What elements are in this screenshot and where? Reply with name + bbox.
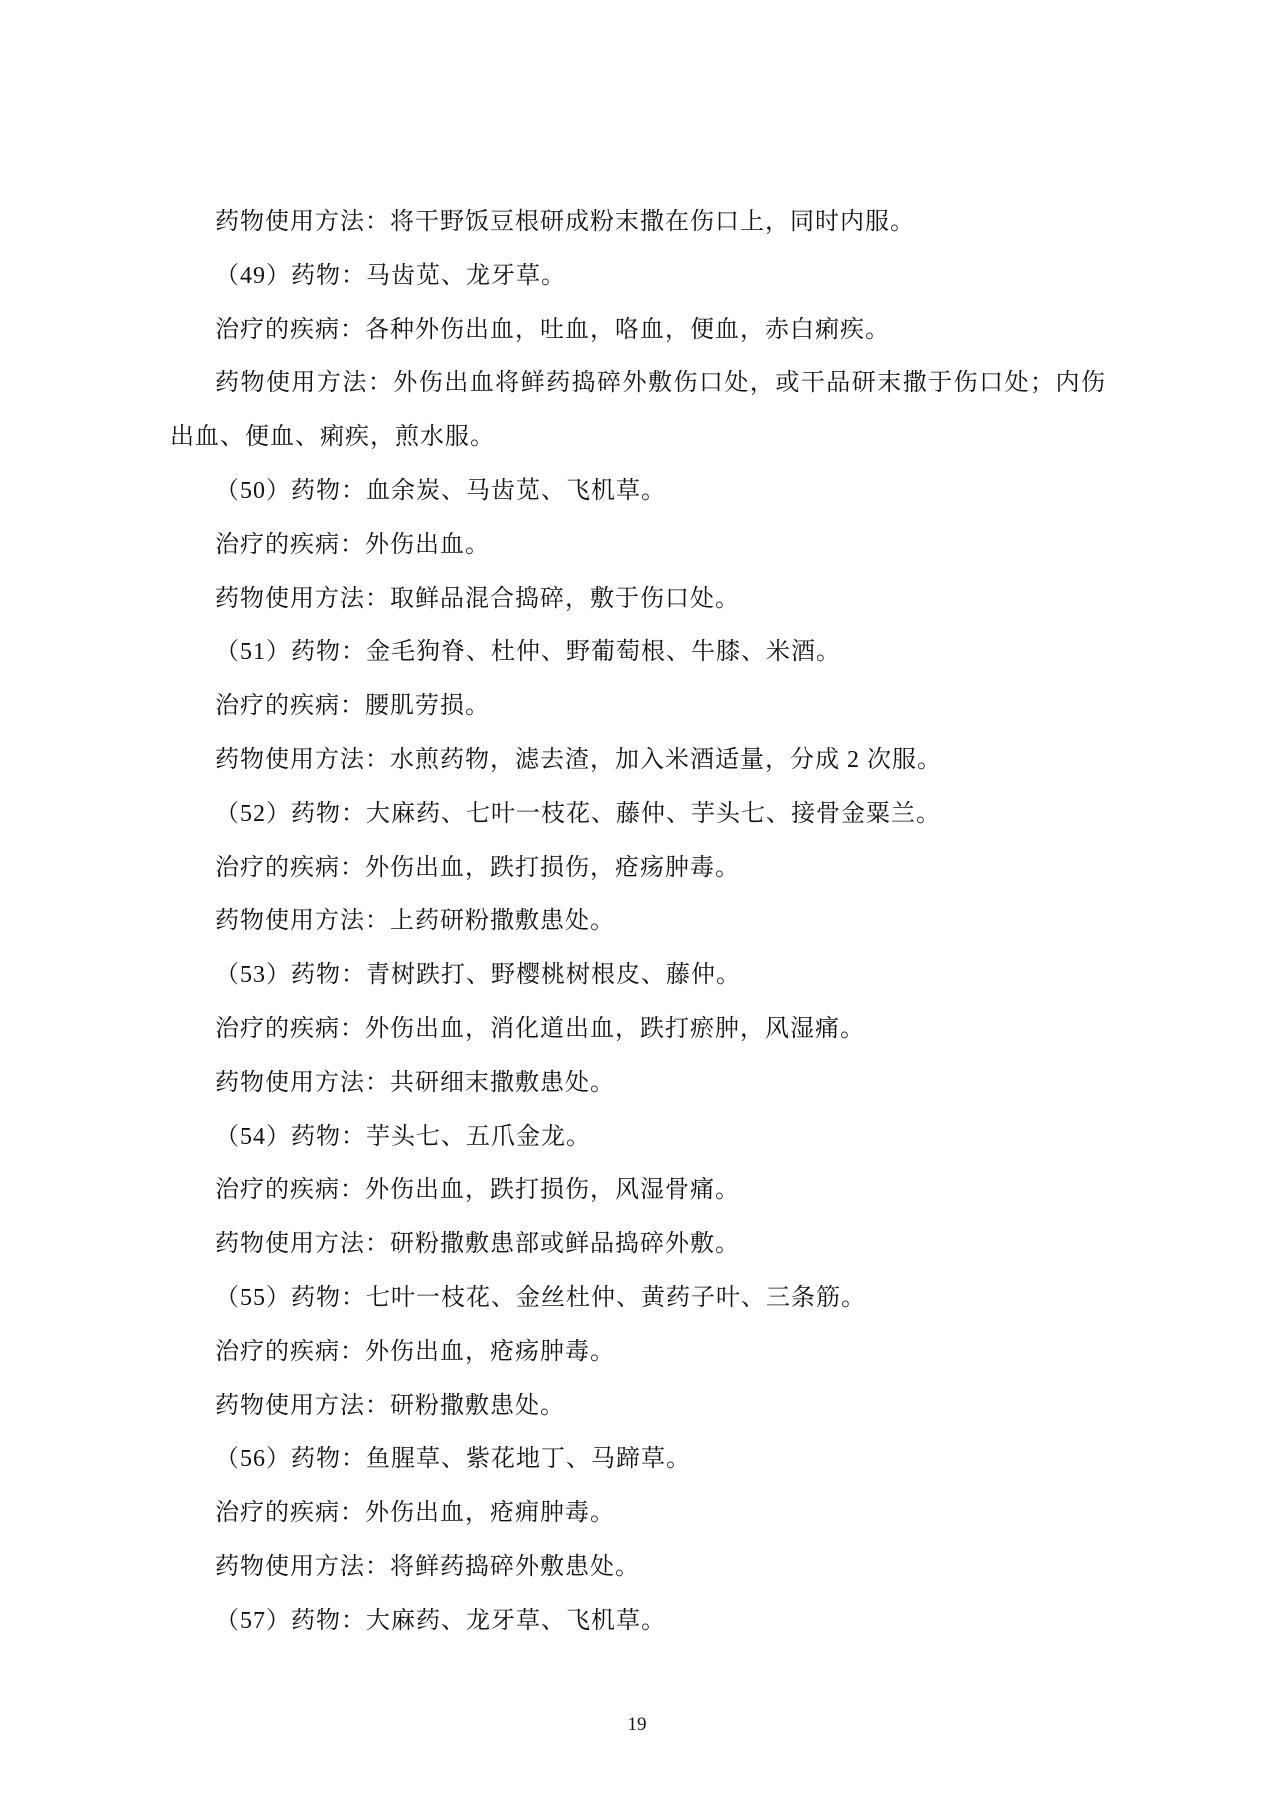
document-line: 治疗的疾病：腰肌劳损。 [170, 680, 1106, 734]
document-line: （52）药物：大麻药、七叶一枝花、藤仲、芋头七、接骨金粟兰。 [170, 788, 1106, 842]
document-line: （56）药物：鱼腥草、紫花地丁、马蹄草。 [170, 1433, 1106, 1487]
document-line: 药物使用方法：外伤出血将鲜药捣碎外敷伤口处，或干品研末撒于伤口处；内伤 [170, 357, 1106, 411]
document-page: 药物使用方法：将干野饭豆根研成粉末撒在伤口上，同时内服。（49）药物：马齿苋、龙… [0, 0, 1274, 1801]
document-line: 药物使用方法：水煎药物，滤去渣，加入米酒适量，分成 2 次服。 [170, 734, 1106, 788]
document-line: （51）药物：金毛狗脊、杜仲、野葡萄根、牛膝、米酒。 [170, 626, 1106, 680]
document-line: 治疗的疾病：外伤出血。 [170, 519, 1106, 573]
document-line: 治疗的疾病：外伤出血，消化道出血，跌打瘀肿，风湿痛。 [170, 1003, 1106, 1057]
document-line: 药物使用方法：上药研粉撒敷患处。 [170, 895, 1106, 949]
document-line: 治疗的疾病：外伤出血，疮疡肿毒。 [170, 1326, 1106, 1380]
document-line: （50）药物：血余炭、马齿苋、飞机草。 [170, 465, 1106, 519]
document-line: （57）药物：大麻药、龙牙草、飞机草。 [170, 1595, 1106, 1649]
document-line: 药物使用方法：将干野饭豆根研成粉末撒在伤口上，同时内服。 [170, 196, 1106, 250]
document-line: （54）药物：芋头七、五爪金龙。 [170, 1111, 1106, 1165]
document-line: 药物使用方法：取鲜品混合捣碎，敷于伤口处。 [170, 573, 1106, 627]
document-line: （49）药物：马齿苋、龙牙草。 [170, 250, 1106, 304]
document-line: 治疗的疾病：各种外伤出血，吐血，咯血，便血，赤白痢疾。 [170, 304, 1106, 358]
document-line: 药物使用方法：研粉撒敷患处。 [170, 1380, 1106, 1434]
document-line: 药物使用方法：研粉撒敷患部或鲜品捣碎外敷。 [170, 1218, 1106, 1272]
document-line: 出血、便血、痢疾，煎水服。 [170, 411, 1106, 465]
document-line: 药物使用方法：共研细末撒敷患处。 [170, 1057, 1106, 1111]
document-line: 治疗的疾病：外伤出血，疮痈肿毒。 [170, 1487, 1106, 1541]
document-line: （55）药物：七叶一枝花、金丝杜仲、黄药子叶、三条筋。 [170, 1272, 1106, 1326]
page-number: 19 [628, 1714, 647, 1735]
page-footer: 19 [0, 1710, 1274, 1740]
document-body: 药物使用方法：将干野饭豆根研成粉末撒在伤口上，同时内服。（49）药物：马齿苋、龙… [170, 196, 1106, 1649]
document-line: 治疗的疾病：外伤出血，跌打损伤，风湿骨痛。 [170, 1164, 1106, 1218]
document-line: （53）药物：青树跌打、野樱桃树根皮、藤仲。 [170, 949, 1106, 1003]
document-line: 药物使用方法：将鲜药捣碎外敷患处。 [170, 1541, 1106, 1595]
document-line: 治疗的疾病：外伤出血，跌打损伤，疮疡肿毒。 [170, 842, 1106, 896]
